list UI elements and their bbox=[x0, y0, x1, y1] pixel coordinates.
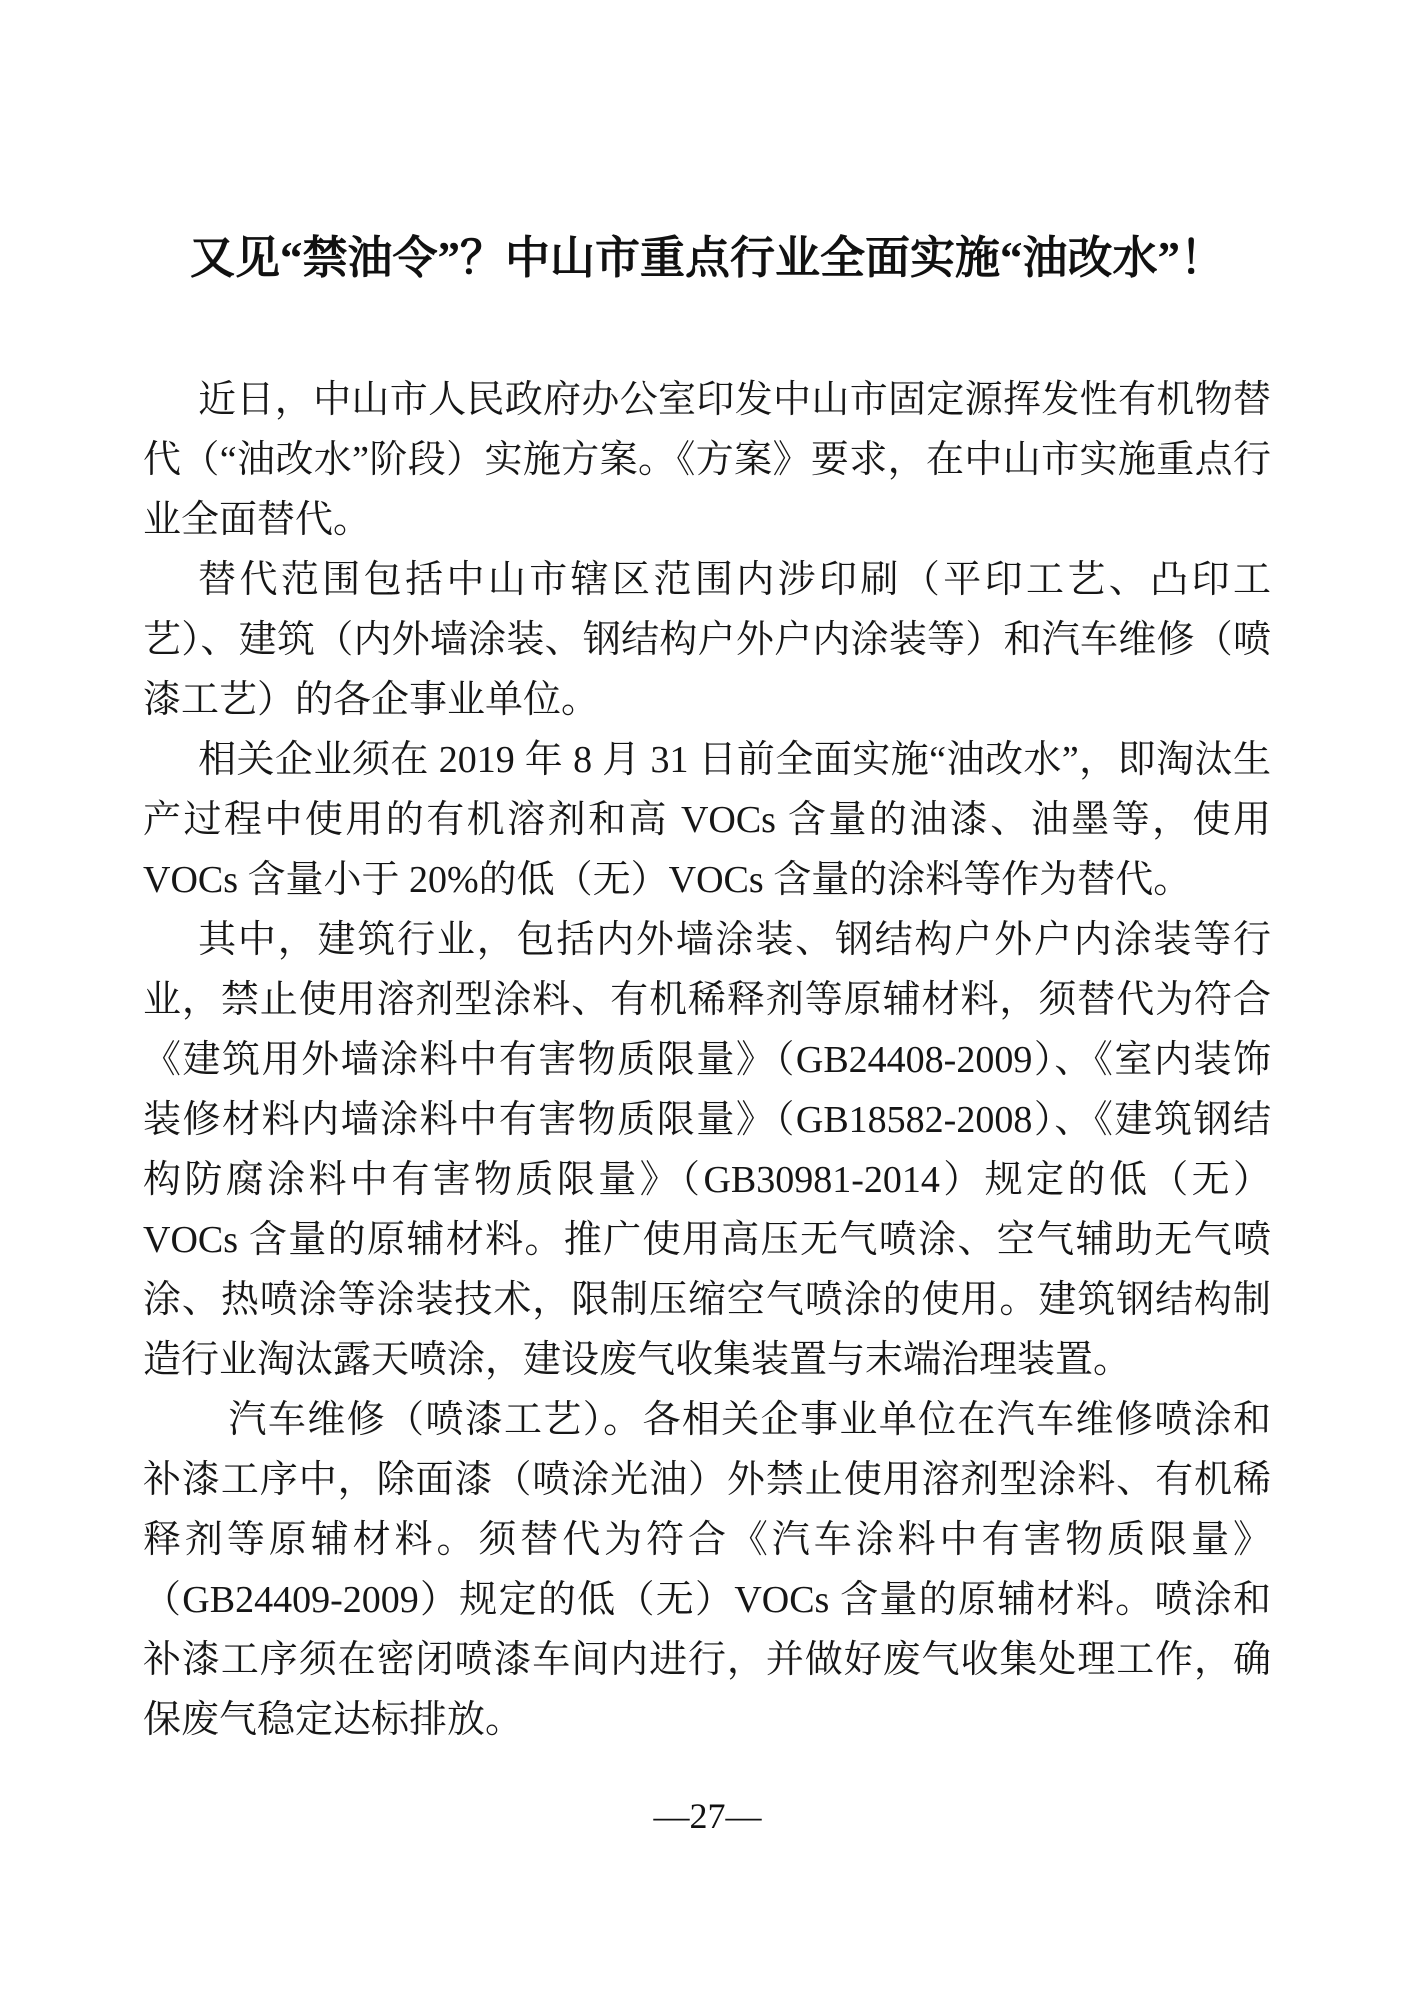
paragraph-deadline: 相关企业须在 2019 年 8 月 31 日前全面实施“油改水”，即淘汰生产过程… bbox=[143, 730, 1271, 910]
document-page: 又见“禁油令”？中山市重点行业全面实施“油改水”！ 近日，中山市人民政府办公室印… bbox=[0, 0, 1415, 2000]
paragraph-intro: 近日，中山市人民政府办公室印发中山市固定源挥发性有机物替代（“油改水”阶段）实施… bbox=[143, 370, 1271, 550]
page-number: —27— bbox=[0, 1795, 1415, 1837]
paragraph-construction-industry: 其中，建筑行业，包括内外墙涂装、钢结构户外户内涂装等行业，禁止使用溶剂型涂料、有… bbox=[143, 910, 1271, 1390]
page-title: 又见“禁油令”？中山市重点行业全面实施“油改水”！ bbox=[0, 0, 1415, 288]
paragraph-scope: 替代范围包括中山市辖区范围内涉印刷（平印工艺、凸印工艺）、建筑（内外墙涂装、钢结… bbox=[143, 550, 1271, 730]
document-body: 近日，中山市人民政府办公室印发中山市固定源挥发性有机物替代（“油改水”阶段）实施… bbox=[143, 370, 1271, 1750]
paragraph-auto-repair: 汽车维修（喷漆工艺）。各相关企事业单位在汽车维修喷涂和补漆工序中，除面漆（喷涂光… bbox=[143, 1390, 1271, 1750]
